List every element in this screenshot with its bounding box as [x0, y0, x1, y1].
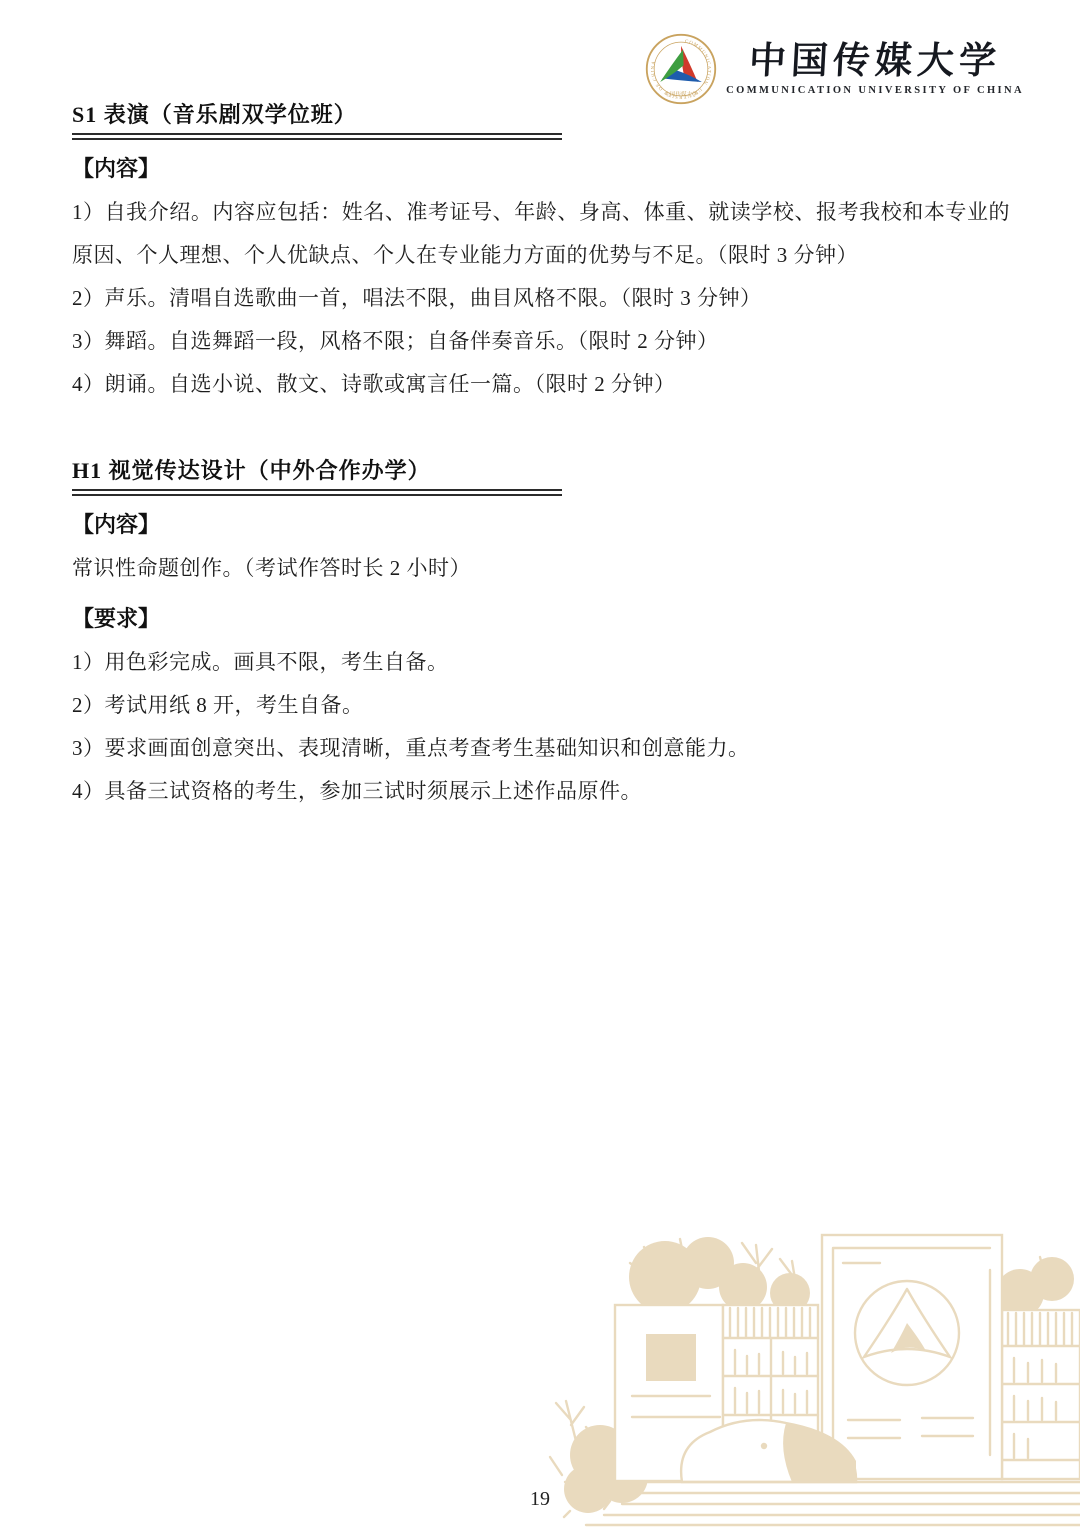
university-logo-text: 中国传媒大学 COMMUNICATION UNIVERSITY OF CHINA: [726, 40, 1024, 98]
list-item: 4）具备三试资格的考生，参加三试时须展示上述作品原件。: [72, 770, 1010, 813]
page-footer: 19: [0, 1488, 1080, 1511]
cuc-seal-icon: COMMUNICATION UNIVERSITY OF CHINA 中国传媒大学: [644, 32, 718, 106]
page-number: 19: [530, 1488, 550, 1510]
section-s1: S1 表演（音乐剧双学位班） 【内容】 1）自我介绍。内容应包括：姓名、准考证号…: [72, 100, 1010, 406]
university-logo: COMMUNICATION UNIVERSITY OF CHINA 中国传媒大学…: [644, 32, 1024, 106]
block-label-requirements: 【要求】: [72, 604, 1010, 634]
block-label-content: 【内容】: [72, 154, 1010, 184]
double-rule: [72, 489, 562, 496]
list-item: 3）舞蹈。自选舞蹈一段，风格不限；自备伴奏音乐。（限时 2 分钟）: [72, 320, 1010, 363]
document-body: S1 表演（音乐剧双学位班） 【内容】 1）自我介绍。内容应包括：姓名、准考证号…: [72, 100, 1010, 813]
list-item: 3）要求画面创意突出、表现清晰，重点考查考生基础知识和创意能力。: [72, 727, 1010, 770]
campus-illustration: [540, 1205, 1080, 1527]
double-rule: [72, 133, 562, 140]
university-name-en: COMMUNICATION UNIVERSITY OF CHINA: [726, 84, 1024, 98]
svg-text:中国传媒大学: 中国传媒大学: [665, 90, 699, 98]
list-item: 1）用色彩完成。画具不限，考生自备。: [72, 641, 1010, 684]
list-item: 常识性命题创作。（考试作答时长 2 小时）: [72, 547, 1010, 590]
block-label-content: 【内容】: [72, 510, 1010, 540]
university-name-cn: 中国传媒大学: [748, 40, 1002, 84]
list-item: 4）朗诵。自选小说、散文、诗歌或寓言任一篇。（限时 2 分钟）: [72, 363, 1010, 406]
document-page: COMMUNICATION UNIVERSITY OF CHINA 中国传媒大学…: [0, 0, 1080, 1527]
list-item: 2）声乐。清唱自选歌曲一首，唱法不限，曲目风格不限。（限时 3 分钟）: [72, 277, 1010, 320]
list-item: 1）自我介绍。内容应包括：姓名、准考证号、年龄、身高、体重、就读学校、报考我校和…: [72, 191, 1010, 277]
section-title-s1: S1 表演（音乐剧双学位班）: [72, 100, 1010, 130]
section-h1: H1 视觉传达设计（中外合作办学） 【内容】 常识性命题创作。（考试作答时长 2…: [72, 456, 1010, 813]
list-item: 2）考试用纸 8 开，考生自备。: [72, 684, 1010, 727]
section-title-h1: H1 视觉传达设计（中外合作办学）: [72, 456, 1010, 486]
